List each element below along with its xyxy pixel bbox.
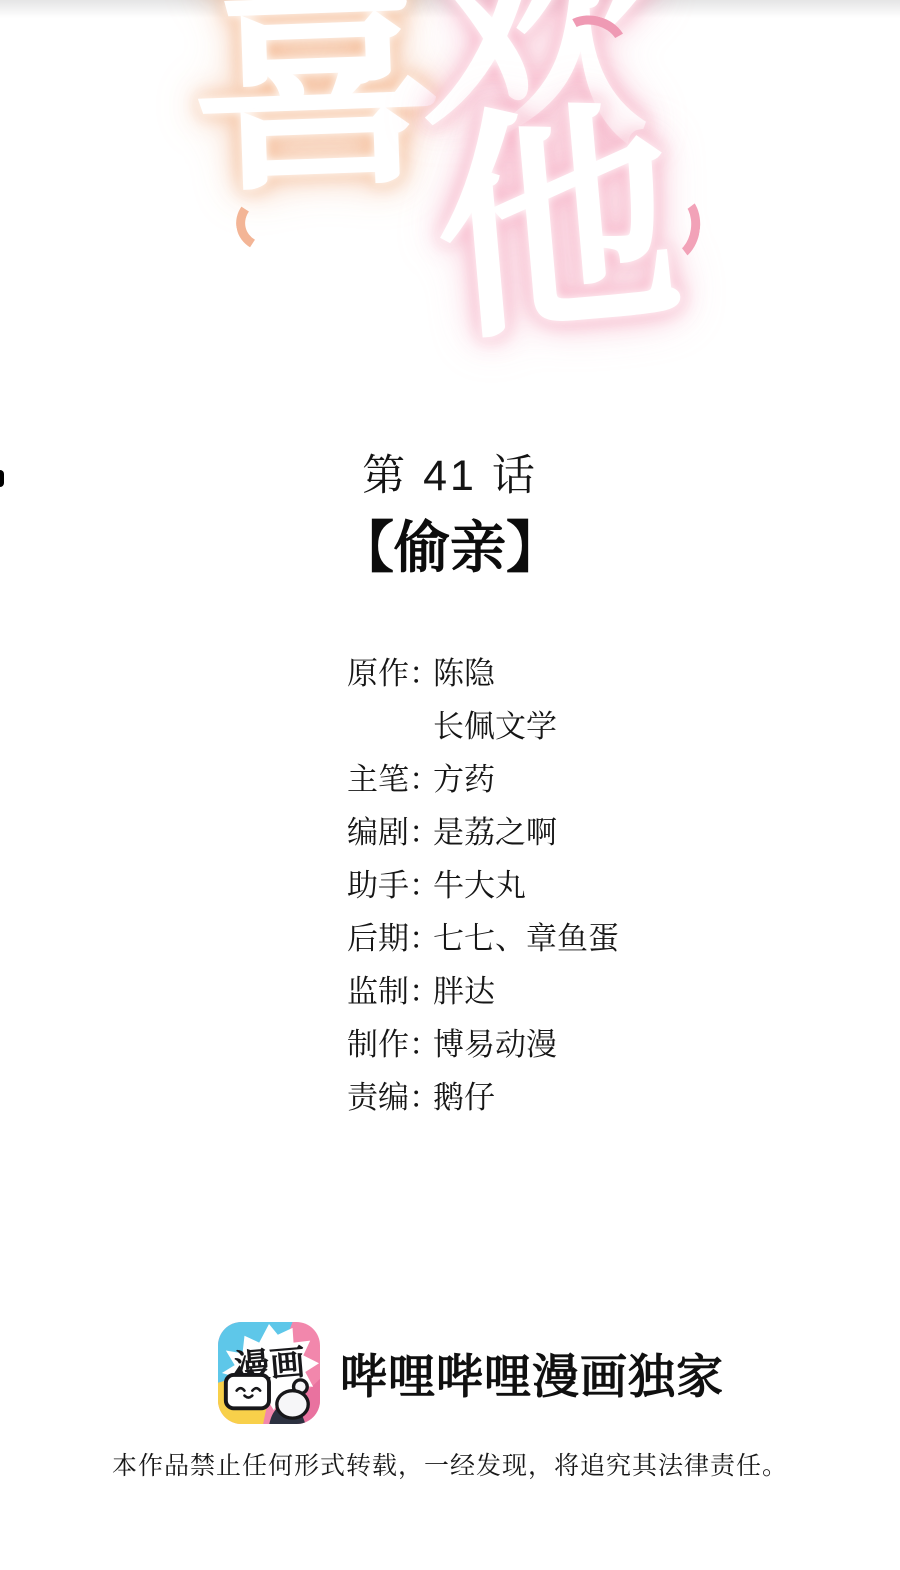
credit-value: 是荔之啊 [433, 817, 557, 848]
publisher-name: 哔哩哔哩漫画独家 [340, 1340, 724, 1407]
credit-value: 七七、章鱼蛋 [433, 923, 619, 954]
credit-row: 责编： 鹅仔 [347, 1082, 619, 1113]
publisher-row: 漫画 哔哩哔哩漫画独家 [218, 1322, 724, 1424]
credit-row: 原作： 陈隐 [347, 658, 619, 689]
credit-value: 长佩文学 [433, 711, 557, 742]
credit-row: 助手： 牛大丸 [347, 870, 619, 901]
copyright-disclaimer: 本作品禁止任何形式转载，一经发现，将追究其法律责任。 [0, 1446, 900, 1482]
credit-value: 陈隐 [433, 658, 495, 689]
credit-label: 制作： [347, 1029, 433, 1060]
credit-row: 编剧： 是荔之啊 [347, 817, 619, 848]
credit-row: 制作： 博易动漫 [347, 1029, 619, 1060]
credit-label: 后期： [347, 923, 433, 954]
credit-label: 监制： [347, 976, 433, 1007]
credit-value: 胖达 [433, 976, 495, 1007]
credit-value: 鹅仔 [433, 1082, 495, 1113]
credit-label: 主笔： [347, 764, 433, 795]
bilibili-manga-logo-icon: 漫画 [218, 1322, 320, 1424]
credit-row: 后期： 七七、章鱼蛋 [347, 923, 619, 954]
credit-label: 助手： [347, 870, 433, 901]
credit-label: 原作： [347, 658, 433, 689]
credit-label: 编剧： [347, 817, 433, 848]
credit-value: 方药 [433, 764, 495, 795]
credit-row: 主笔： 方药 [347, 764, 619, 795]
chapter-title: 【偷亲】 [0, 504, 900, 584]
credits-list: 原作： 陈隐 长佩文学 主笔： 方药 编剧： 是荔之啊 助手： 牛大丸 后期： … [347, 658, 619, 1135]
credit-value: 牛大丸 [433, 870, 526, 901]
credit-value: 博易动漫 [433, 1029, 557, 1060]
chapter-number: 第 41 话 [0, 442, 900, 503]
credit-label: 责编： [347, 1082, 433, 1113]
credit-row: 长佩文学 [347, 711, 619, 742]
credit-row: 监制： 胖达 [347, 976, 619, 1007]
credit-label [347, 711, 433, 742]
manga-title-page: 喜 欢 他 第 41 话 【偷亲】 原作： 陈隐 长佩文学 主笔： 方药 编剧：… [0, 0, 900, 1570]
title-char-xi: 喜 [186, 0, 450, 207]
